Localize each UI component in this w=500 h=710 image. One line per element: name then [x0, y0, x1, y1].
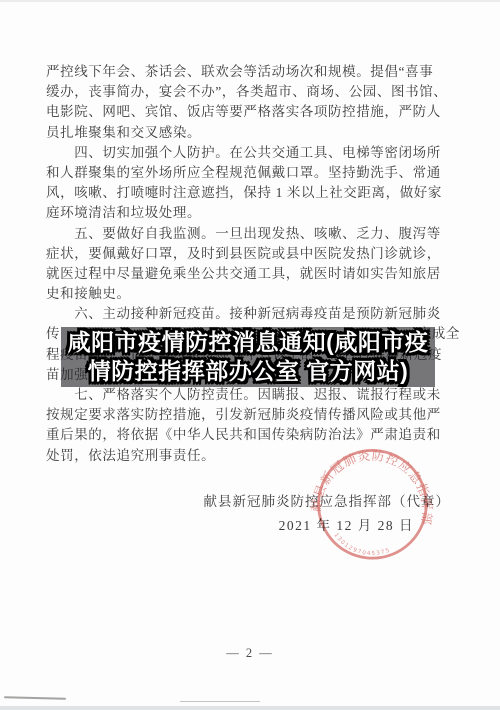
banner-title-line1: 咸阳市疫情防控消息通知(咸阳市疫: [68, 328, 429, 357]
official-seal: 献县新冠肺炎防控应急指挥部 1301297045375: [297, 436, 448, 580]
page-bottom-edge: [0, 706, 500, 710]
seal-ring: [313, 445, 431, 563]
text-line: 按规定要求落实防控措施，引发新冠肺炎疫情传播风险或其他严: [46, 405, 460, 425]
text-line: 六、主动接种新冠疫苗。接种新冠病毒疫苗是预防新冠肺炎: [46, 304, 460, 324]
scanned-notice-page: 严控线下年会、茶话会、联欢会等活动场次和规模。提倡“喜事缓办，丧事简办，宴会不办…: [0, 0, 500, 710]
text-line: 重后果的，将依据《中华人民共和国传染病防治法》严肃追责和: [46, 425, 460, 445]
text-line: 缓办，丧事简办，宴会不办”，各类超市、商场、公园、图书馆、: [46, 82, 460, 102]
scan-smudge-mark: [180, 701, 260, 702]
text-line: 员扎堆聚集和交叉感染。: [46, 123, 460, 143]
scan-smudge-mark: [4, 696, 66, 700]
document-lines: 严控线下年会、茶话会、联欢会等活动场次和规模。提倡“喜事缓办，丧事简办，宴会不办…: [46, 62, 460, 466]
seal-ring-text: 献县新冠肺炎防控应急指挥部: [308, 442, 441, 527]
banner-overlay: 咸阳市疫情防控消息通知(咸阳市疫 情防控指挥部办公室 官方网站): [61, 327, 435, 387]
text-line: 症状，要佩戴好口罩，及时到县医院或县中医院发热门诊就诊，: [46, 244, 460, 264]
text-line: 和人群聚集的室外场所应全程规范佩戴口罩。坚持勤洗手、常通: [46, 163, 460, 183]
text-line: 就医过程中尽量避免乘坐公共交通工具，就医时请如实告知旅居: [46, 264, 460, 284]
text-line: 史和接触史。: [46, 284, 460, 304]
page-top-edge: [0, 0, 500, 2]
banner-title-line2: 情防控指挥部办公室 官方网站): [88, 357, 409, 386]
page-number: — 2 —: [0, 646, 500, 661]
text-line: 严控线下年会、茶话会、联欢会等活动场次和规模。提倡“喜事: [46, 62, 460, 82]
text-line: 七、严格落实个人防控责任。因瞒报、迟报、谎报行程或未: [46, 385, 460, 405]
text-line: 电影院、网吧、宾馆、饭店等要严格落实各项防控措施，严防人: [46, 102, 460, 122]
text-line: 四、切实加强个人防护。在公共交通工具、电梯等密闭场所: [46, 143, 460, 163]
text-line: 五、要做好自我监测。一旦出现发热、咳嗽、乏力、腹泻等: [46, 224, 460, 244]
text-line: 风，咳嗽、打喷嚏时注意遮挡，保持 1 米以上社交距离，做好家: [46, 183, 460, 203]
text-line: 庭环境清洁和垃圾处理。: [46, 203, 460, 223]
